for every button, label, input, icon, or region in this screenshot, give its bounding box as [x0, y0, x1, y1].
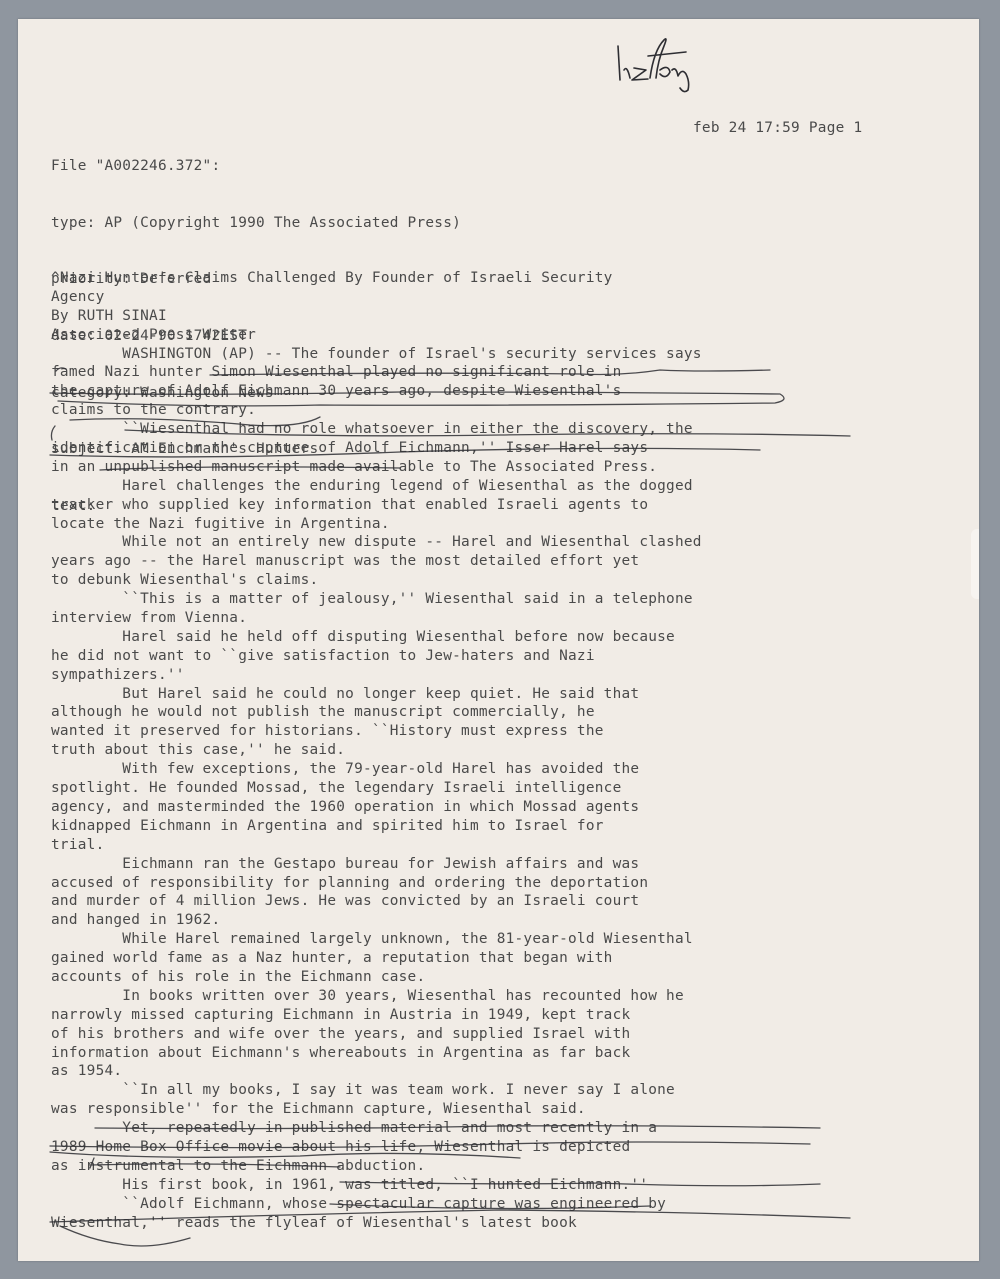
- article-line: identification or the capture of Adolf E…: [51, 439, 702, 458]
- article-line: the capture of Adolf Eichmann 30 years a…: [51, 382, 702, 401]
- paper-tear: [971, 529, 979, 599]
- article-line: accused of responsibility for planning a…: [51, 874, 702, 893]
- article-line: wanted it preserved for historians. ``Hi…: [51, 722, 702, 741]
- handwritten-history-note: history: [594, 30, 724, 100]
- article-line: to debunk Wiesenthal's claims.: [51, 571, 702, 590]
- article-line: gained world fame as a Naz hunter, a rep…: [51, 949, 702, 968]
- article-line: was responsible'' for the Eichmann captu…: [51, 1100, 702, 1119]
- article-line: WASHINGTON (AP) -- The founder of Israel…: [51, 345, 702, 364]
- article-line: although he would not publish the manusc…: [51, 703, 702, 722]
- header-file: File "A002246.372":: [51, 157, 461, 176]
- article-line: and murder of 4 million Jews. He was con…: [51, 892, 702, 911]
- article-line: ``In all my books, I say it was team wor…: [51, 1081, 702, 1100]
- article-body: ^Nazi Hunter's Claims Challenged By Foun…: [51, 269, 702, 1232]
- article-line: ``This is a matter of jealousy,'' Wiesen…: [51, 590, 702, 609]
- article-line: truth about this case,'' he said.: [51, 741, 702, 760]
- article-line: 1989 Home Box Office movie about his lif…: [51, 1138, 702, 1157]
- article-line: Agency: [51, 288, 702, 307]
- article-line: interview from Vienna.: [51, 609, 702, 628]
- article-line: ``Adolf Eichmann, whose spectacular capt…: [51, 1195, 702, 1214]
- article-line: narrowly missed capturing Eichmann in Au…: [51, 1006, 702, 1025]
- article-line: he did not want to ``give satisfaction t…: [51, 647, 702, 666]
- article-line: Yet, repeatedly in published material an…: [51, 1119, 702, 1138]
- article-line: information about Eichmann's whereabouts…: [51, 1044, 702, 1063]
- article-line: tracker who supplied key information tha…: [51, 496, 702, 515]
- article-line: With few exceptions, the 79-year-old Har…: [51, 760, 702, 779]
- article-line: Eichmann ran the Gestapo bureau for Jewi…: [51, 855, 702, 874]
- article-line: While not an entirely new dispute -- Har…: [51, 533, 702, 552]
- article-line: claims to the contrary.: [51, 401, 702, 420]
- article-line: His first book, in 1961, was titled, ``I…: [51, 1176, 702, 1195]
- article-line: Harel said he held off disputing Wiesent…: [51, 628, 702, 647]
- article-line: and hanged in 1962.: [51, 911, 702, 930]
- article-line: By RUTH SINAI: [51, 307, 702, 326]
- article-line: as 1954.: [51, 1062, 702, 1081]
- article-line: in an unpublished manuscript made availa…: [51, 458, 702, 477]
- article-line: sympathizers.'': [51, 666, 702, 685]
- article-line: ^Nazi Hunter's Claims Challenged By Foun…: [51, 269, 702, 288]
- article-line: years ago -- the Harel manuscript was th…: [51, 552, 702, 571]
- article-line: accounts of his role in the Eichmann cas…: [51, 968, 702, 987]
- article-line: Harel challenges the enduring legend of …: [51, 477, 702, 496]
- article-line: of his brothers and wife over the years,…: [51, 1025, 702, 1044]
- article-line: But Harel said he could no longer keep q…: [51, 685, 702, 704]
- article-line: locate the Nazi fugitive in Argentina.: [51, 515, 702, 534]
- article-line: spotlight. He founded Mossad, the legend…: [51, 779, 702, 798]
- article-line: Associated Press Writer: [51, 326, 702, 345]
- article-line: In books written over 30 years, Wiesenth…: [51, 987, 702, 1006]
- header-type: type: AP (Copyright 1990 The Associated …: [51, 214, 461, 233]
- article-line: While Harel remained largely unknown, th…: [51, 930, 702, 949]
- article-line: trial.: [51, 836, 702, 855]
- article-line: ``Wiesenthal had no role whatsoever in e…: [51, 420, 702, 439]
- article-line: kidnapped Eichmann in Argentina and spir…: [51, 817, 702, 836]
- article-line: as instrumental to the Eichmann abductio…: [51, 1157, 702, 1176]
- article-line: agency, and masterminded the 1960 operat…: [51, 798, 702, 817]
- article-line: Wiesenthal,'' reads the flyleaf of Wiese…: [51, 1214, 702, 1233]
- article-line: famed Nazi hunter Simon Wiesenthal playe…: [51, 363, 702, 382]
- timestamp-page-number: feb 24 17:59 Page 1: [693, 119, 862, 138]
